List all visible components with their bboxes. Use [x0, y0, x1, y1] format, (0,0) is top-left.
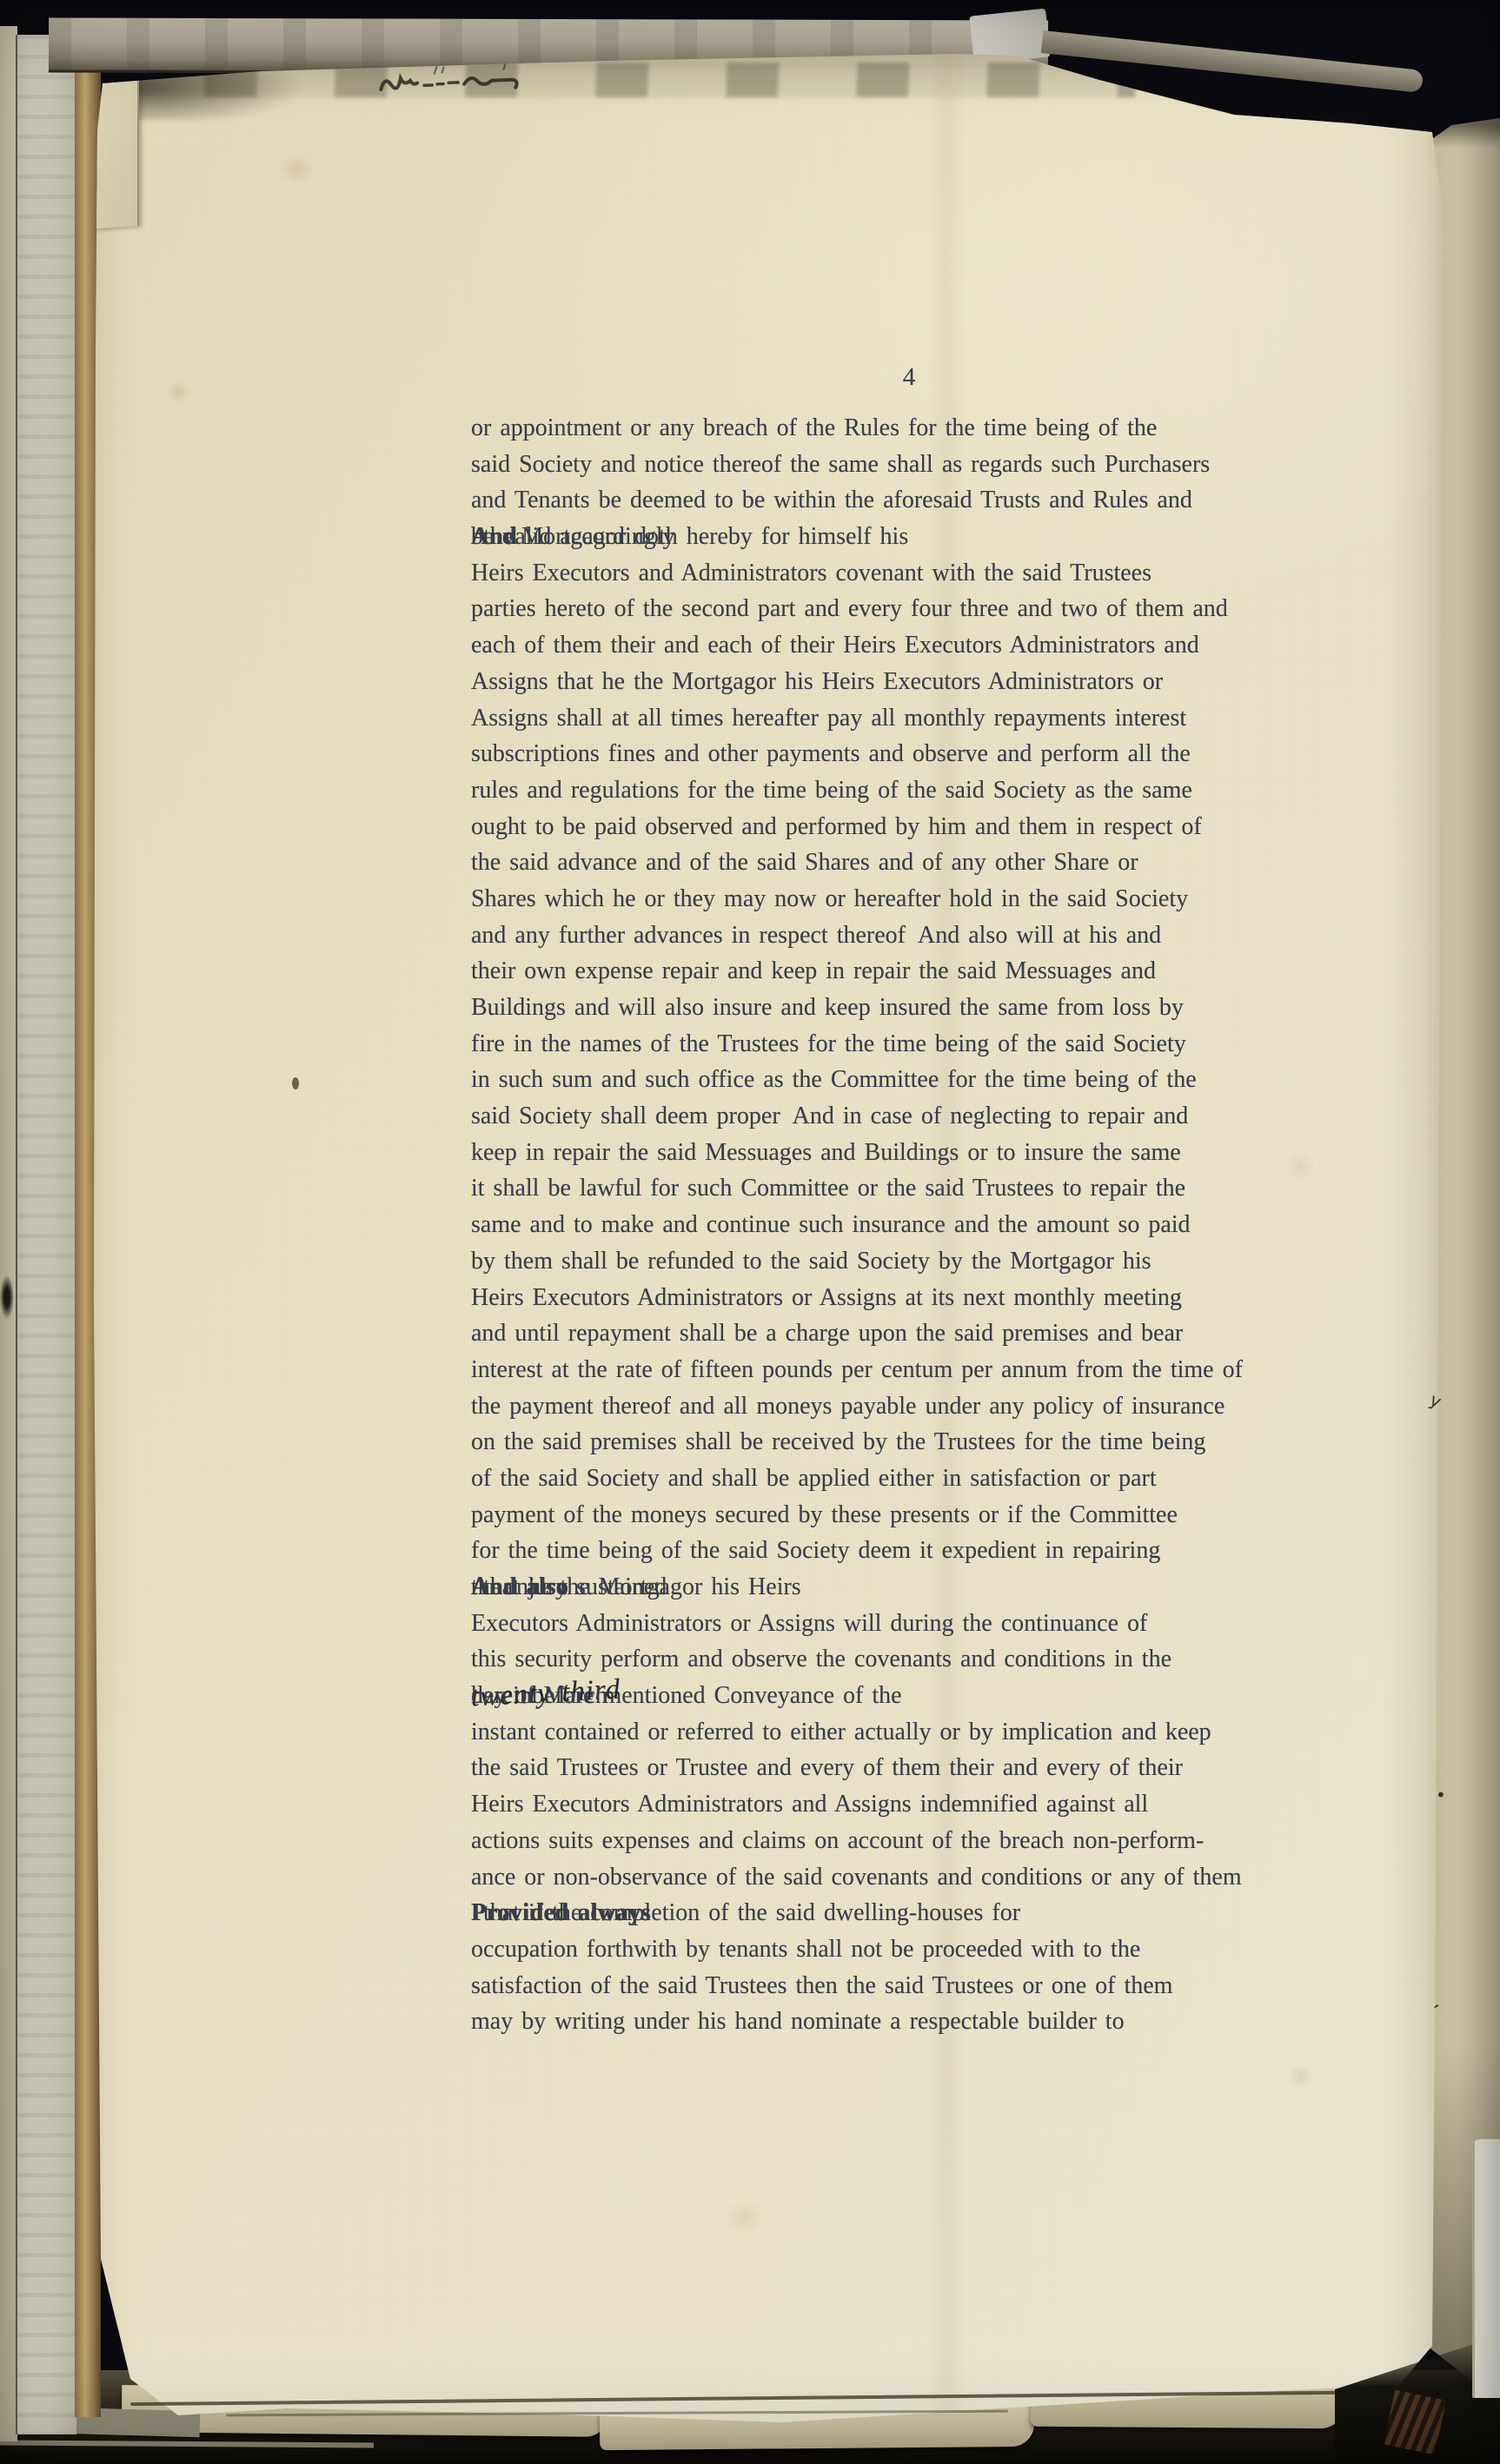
printed-text: hereinbefore mentioned Conveyance of the	[471, 1678, 902, 1714]
printed-text: Heirs Executors and Administrators coven…	[471, 555, 1152, 592]
printed-text: it shall be lawful for such Committee or…	[471, 1170, 1185, 1207]
foxing-stain	[1284, 1152, 1316, 1182]
text-line: Provided always that if the completion o…	[471, 1895, 1368, 1931]
text-line: Shares which he or they may now or herea…	[471, 881, 1368, 917]
text-line: occupation forthwith by tenants shall no…	[471, 1931, 1368, 1968]
printed-text: Assigns shall at all times hereafter pay…	[471, 700, 1186, 737]
text-line: be valid accordingly And the Mortgagor d…	[471, 519, 1368, 555]
printed-text: keep in repair the said Messuages and Bu…	[471, 1135, 1181, 1171]
text-line: Assigns shall at all times hereafter pay…	[471, 700, 1368, 737]
text-line: or appointment or any breach of the Rule…	[471, 410, 1368, 447]
text-line: the said advance and of the said Shares …	[471, 845, 1368, 881]
left-edge-ink-blot	[0, 1275, 14, 1319]
text-line: Heirs Executors and Administrators coven…	[471, 555, 1368, 592]
printed-text: and until repayment shall be a charge up…	[471, 1315, 1183, 1352]
printed-text: Heirs Executors Administrators and Assig…	[471, 1786, 1148, 1823]
printed-text: same and to make and continue such insur…	[471, 1207, 1191, 1243]
text-line: and any further advances in respect ther…	[471, 917, 1368, 954]
text-line: by them shall be refunded to the said So…	[471, 1243, 1368, 1280]
printed-text: the Mortgagor doth hereby for himself hi…	[471, 519, 908, 555]
text-line: ought to be paid observed and performed …	[471, 809, 1368, 845]
printed-text: the injury sustained	[471, 1569, 679, 1606]
next-page-edge	[1472, 2139, 1500, 2398]
text-line: parties hereto of the second part and ev…	[471, 591, 1368, 627]
printed-text: on the said premises shall be received b…	[471, 1424, 1205, 1461]
text-line: may by writing under his hand nominate a…	[471, 2004, 1368, 2040]
printed-text: in such sum and such office as the Commi…	[471, 1062, 1197, 1098]
text-line: in such sum and such office as the Commi…	[471, 1062, 1368, 1098]
handwritten-date: twenty third	[470, 1672, 621, 1717]
text-line: hereinbefore mentioned Conveyance of the…	[471, 1678, 1368, 1714]
text-line: Executors Administrators or Assigns will…	[471, 1606, 1368, 1642]
printed-text: by them shall be refunded to the said So…	[471, 1243, 1152, 1280]
blackletter-word: And	[471, 519, 517, 555]
printed-text: day of March	[471, 1678, 607, 1714]
printed-text: interest at the rate of fifteen pounds p…	[471, 1352, 1243, 1388]
text-line: of the said Society and shall be applied…	[471, 1461, 1368, 1497]
text-line: Assigns that he the Mortgagor his Heirs …	[471, 664, 1368, 700]
text-line: Buildings and will also insure and keep …	[471, 990, 1368, 1026]
printed-text: actions suits expenses and claims on acc…	[471, 1823, 1204, 1859]
text-line: it shall be lawful for such Committee or…	[471, 1170, 1368, 1207]
foxing-stain	[280, 153, 315, 184]
text-line: said Society and notice thereof the same…	[471, 447, 1368, 483]
text-line: satisfaction of the said Trustees then t…	[471, 1968, 1368, 2004]
text-line: fire in the names of the Trustees for th…	[471, 1026, 1368, 1063]
text-line: rules and regulations for the time being…	[471, 772, 1368, 809]
printed-text: of the said Society and shall be applied…	[471, 1461, 1157, 1497]
printed-text: ance or non-observance of the said coven…	[471, 1859, 1242, 1896]
printed-text: satisfaction of the said Trustees then t…	[471, 1968, 1172, 2004]
printed-text: be valid accordingly	[471, 519, 687, 555]
printed-text: Buildings and will also insure and keep …	[471, 990, 1184, 1026]
text-line: for the time being of the said Society d…	[471, 1533, 1368, 1569]
printed-text: or appointment or any breach of the Rule…	[471, 410, 1157, 447]
text-line: instant contained or referred to either …	[471, 1714, 1368, 1751]
text-line: the injury sustained And also that he th…	[471, 1569, 1368, 1606]
text-line: Heirs Executors Administrators and Assig…	[471, 1786, 1368, 1823]
printed-text: Assigns that he the Mortgagor his Heirs …	[471, 664, 1163, 700]
printed-text: this security perform and observe the co…	[471, 1641, 1171, 1678]
scanned-deed-page-photo: 4 or appointment or any breach of the Ru…	[0, 0, 1500, 2464]
printed-text: Shares which he or they may now or herea…	[471, 881, 1188, 917]
text-line: this security perform and observe the co…	[471, 1641, 1368, 1678]
text-line: and until repayment shall be a charge up…	[471, 1315, 1368, 1352]
printed-text: fire in the names of the Trustees for th…	[471, 1026, 1186, 1063]
text-line: the said Trustees or Trustee and every o…	[471, 1750, 1368, 1786]
text-line: Heirs Executors Administrators or Assign…	[471, 1280, 1368, 1316]
printed-text: parties hereto of the second part and ev…	[471, 591, 1228, 627]
text-line: keep in repair the said Messuages and Bu…	[471, 1135, 1368, 1171]
text-line: their own expense repair and keep in rep…	[471, 953, 1368, 990]
document-page: 4 or appointment or any breach of the Ru…	[75, 47, 1451, 2445]
foxing-stain	[1288, 2064, 1314, 2089]
foxing-stain	[167, 381, 189, 403]
blackletter-word: And also	[471, 1569, 568, 1606]
left-underlying-page-edge	[0, 26, 17, 2441]
printed-text: the said Trustees or Trustee and every o…	[471, 1750, 1183, 1786]
text-line: same and to make and continue such insur…	[471, 1207, 1368, 1243]
text-line: interest at the rate of fifteen pounds p…	[471, 1352, 1368, 1388]
deed-body-text: or appointment or any breach of the Rule…	[471, 410, 1368, 2040]
text-line: actions suits expenses and claims on acc…	[471, 1823, 1368, 1859]
vertical-page-crease	[926, 47, 966, 2445]
printed-text: rules and regulations for the time being…	[471, 772, 1192, 809]
ink-speck	[292, 1077, 299, 1090]
printed-text: the payment thereof and all moneys payab…	[471, 1388, 1225, 1425]
printed-text: and any further advances in respect ther…	[471, 917, 1161, 954]
text-line: payment of the moneys secured by these p…	[471, 1497, 1368, 1533]
printed-text: Heirs Executors Administrators or Assign…	[471, 1280, 1182, 1316]
text-line: the payment thereof and all moneys payab…	[471, 1388, 1368, 1425]
printed-text: and Tenants be deemed to be within the a…	[471, 482, 1192, 519]
text-line: and Tenants be deemed to be within the a…	[471, 482, 1368, 519]
printed-text: the said advance and of the said Shares …	[471, 845, 1138, 881]
printed-text: Executors Administrators or Assigns will…	[471, 1606, 1147, 1642]
left-page-fore-edge	[16, 35, 76, 2434]
printed-text: for the time being of the said Society d…	[471, 1533, 1160, 1569]
printed-text: their own expense repair and keep in rep…	[471, 953, 1156, 990]
text-line: each of them their and each of their Hei…	[471, 627, 1368, 664]
text-line: on the said premises shall be received b…	[471, 1424, 1368, 1461]
blackletter-word: Provided always	[471, 1895, 651, 1931]
margin-pen-tick: •	[1436, 1785, 1446, 1805]
printed-text: each of them their and each of their Hei…	[471, 627, 1199, 664]
printed-text: subscriptions fines and other payments a…	[471, 736, 1191, 772]
printed-text: ought to be paid observed and performed …	[471, 809, 1202, 845]
text-line: ance or non-observance of the said coven…	[471, 1859, 1368, 1896]
printed-text: said Society shall deem proper And in ca…	[471, 1098, 1188, 1135]
printed-text: payment of the moneys secured by these p…	[471, 1497, 1178, 1533]
printed-text: occupation forthwith by tenants shall no…	[471, 1931, 1140, 1968]
printed-text: said Society and notice thereof the same…	[471, 447, 1210, 483]
text-line: subscriptions fines and other payments a…	[471, 736, 1368, 772]
page-number: 4	[883, 363, 935, 392]
printed-text: may by writing under his hand nominate a…	[471, 2004, 1125, 2040]
text-line: said Society shall deem proper And in ca…	[471, 1098, 1368, 1135]
printed-text: instant contained or referred to either …	[471, 1714, 1211, 1751]
printed-text: that if the completion of the said dwell…	[471, 1895, 1020, 1931]
printed-text: that he the Mortgagor his Heirs	[471, 1569, 801, 1606]
foxing-stain	[725, 2200, 765, 2235]
